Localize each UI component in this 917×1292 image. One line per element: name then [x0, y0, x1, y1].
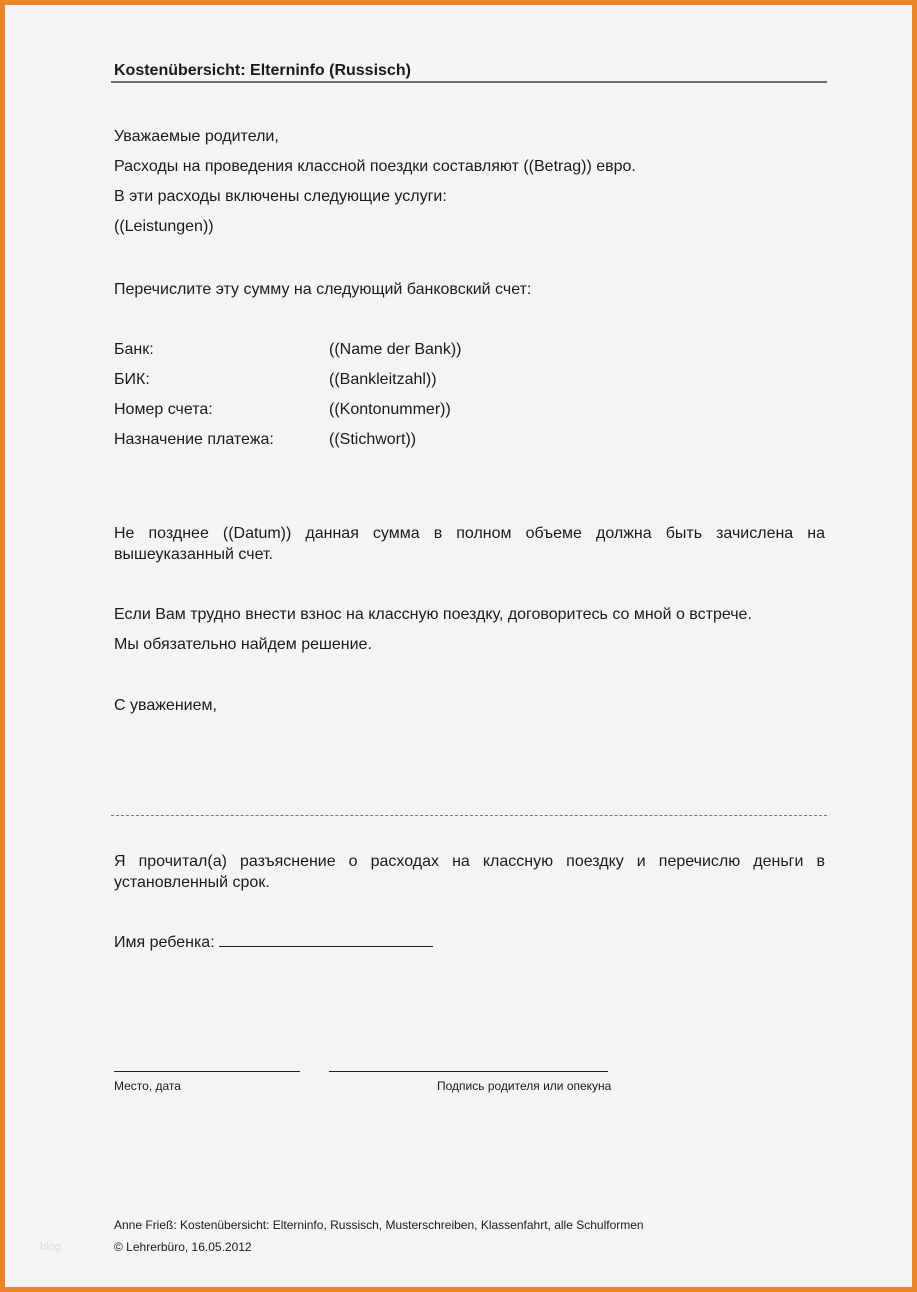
- bic-label: БИК:: [114, 365, 329, 395]
- services-placeholder: ((Leistungen)): [114, 212, 636, 242]
- bank-intro: Перечислите эту сумму на следующий банко…: [114, 275, 531, 305]
- bank-row-bank: Банк: ((Name der Bank)): [114, 335, 461, 365]
- cut-line: [111, 815, 827, 816]
- bank-value: ((Name der Bank)): [329, 335, 461, 365]
- watermark: blog: [40, 1241, 61, 1253]
- bic-value: ((Bankleitzahl)): [329, 365, 437, 395]
- bank-label: Банк:: [114, 335, 329, 365]
- place-date-line: [114, 1071, 300, 1072]
- child-name-label: Имя ребенка:: [114, 934, 215, 951]
- parent-signature-label: Подпись родителя или опекуна: [437, 1079, 611, 1093]
- confirmation-line-2: установленный срок.: [114, 872, 825, 893]
- salutation: Уважаемые родители,: [114, 122, 636, 152]
- confirmation-paragraph: Я прочитал(а) разъяснение о расходах на …: [114, 851, 825, 893]
- reference-label: Назначение платежа:: [114, 425, 329, 455]
- parent-signature-line: [329, 1071, 608, 1072]
- bank-details: Банк: ((Name der Bank)) БИК: ((Bankleitz…: [114, 335, 461, 455]
- deadline-line-1: Не позднее ((Datum)) данная сумма в полн…: [114, 523, 825, 544]
- bank-row-bic: БИК: ((Bankleitzahl)): [114, 365, 461, 395]
- services-intro: В эти расходы включены следующие услуги:: [114, 182, 636, 212]
- account-label: Номер счета:: [114, 395, 329, 425]
- bank-row-reference: Назначение платежа: ((Stichwort)): [114, 425, 461, 455]
- help-line-2: Мы обязательно найдем решение.: [114, 630, 752, 660]
- help-section: Если Вам трудно внести взнос на классную…: [114, 600, 752, 660]
- closing: С уважением,: [114, 691, 217, 721]
- document-page: Kostenübersicht: Elterninfo (Russisch) У…: [5, 5, 912, 1287]
- deadline-line-2: вышеуказанный счет.: [114, 544, 825, 565]
- title-underline: [111, 81, 827, 83]
- footer-source: Anne Frieß: Kostenübersicht: Elterninfo,…: [114, 1218, 644, 1232]
- document-title: Kostenübersicht: Elterninfo (Russisch): [114, 62, 411, 80]
- account-value: ((Kontonummer)): [329, 395, 451, 425]
- deadline-paragraph: Не позднее ((Datum)) данная сумма в полн…: [114, 523, 825, 565]
- reference-value: ((Stichwort)): [329, 425, 416, 455]
- intro-section: Уважаемые родители, Расходы на проведени…: [114, 122, 636, 242]
- child-name-field: Имя ребенка:: [114, 932, 433, 953]
- child-name-blank: [219, 932, 433, 947]
- place-date-label: Место, дата: [114, 1079, 181, 1093]
- bank-row-account: Номер счета: ((Kontonummer)): [114, 395, 461, 425]
- help-line-1: Если Вам трудно внести взнос на классную…: [114, 600, 752, 630]
- cost-statement: Расходы на проведения классной поездки с…: [114, 152, 636, 182]
- footer-copyright: © Lehrerbüro, 16.05.2012: [114, 1240, 252, 1254]
- confirmation-line-1: Я прочитал(а) разъяснение о расходах на …: [114, 851, 825, 872]
